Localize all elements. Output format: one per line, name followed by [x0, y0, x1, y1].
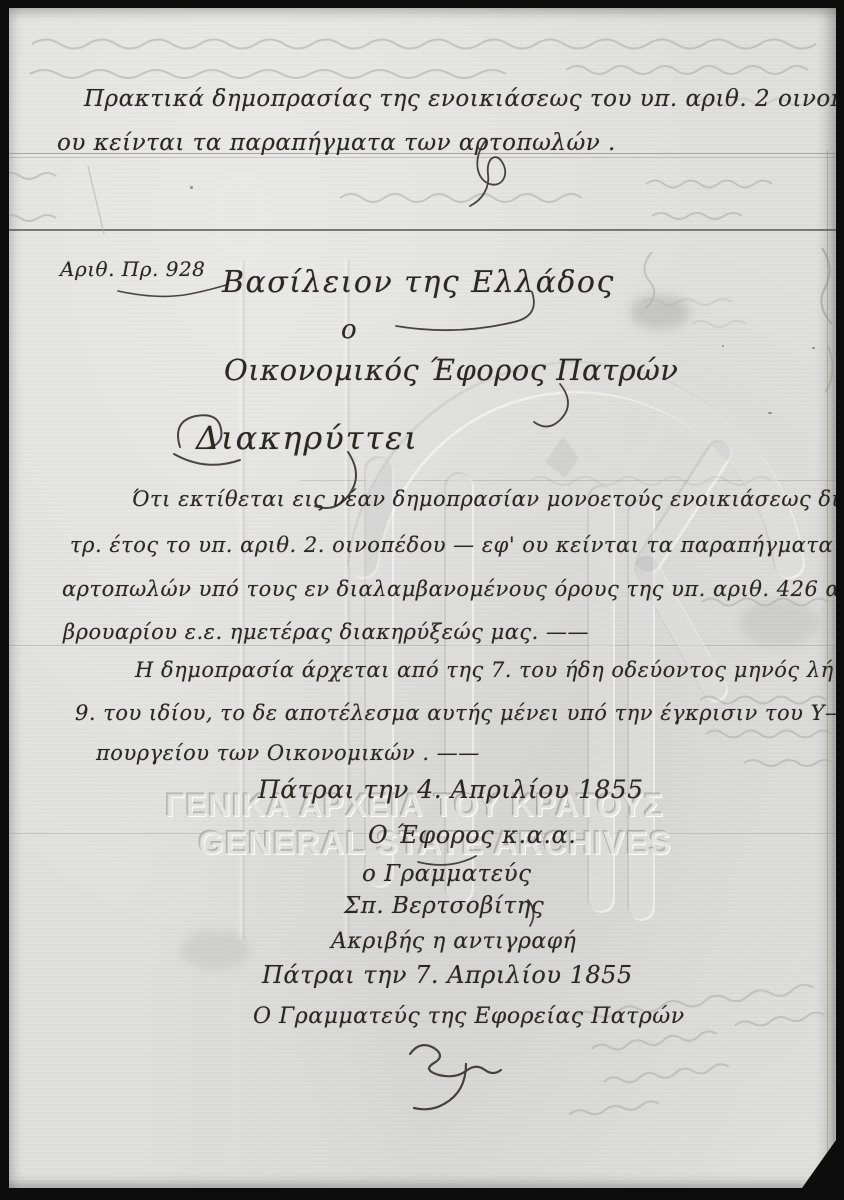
- protocol-underline-flourish: [118, 285, 226, 296]
- secretary-signature-tail: [414, 1064, 466, 1109]
- heading-descender-flourish: [470, 140, 505, 206]
- scan-border-right: [836, 0, 844, 1200]
- signature-stroke: [528, 900, 534, 926]
- secretary-signature-flourish: [410, 1045, 501, 1076]
- proclamation-initial-flourish: [174, 415, 240, 465]
- office-tail-flourish: [534, 384, 568, 427]
- signer-underline-flourish: [418, 856, 476, 865]
- scanned-document-page: ΓΕΝΙΚΑ ΑΡΧΕΙΑ ΤΟΥ ΚΡΑΤΟΥΣ GENERAL STATE …: [0, 0, 844, 1200]
- ink-flourishes: [0, 0, 844, 1200]
- kingdom-tail-flourish: [396, 292, 534, 330]
- scan-border-top: [0, 0, 844, 8]
- scan-border-bottom: [0, 1188, 844, 1200]
- paper-sheet: ΓΕΝΙΚΑ ΑΡΧΕΙΑ ΤΟΥ ΚΡΑΤΟΥΣ GENERAL STATE …: [9, 8, 836, 1188]
- scan-border-left: [0, 0, 9, 1200]
- paper-content: ΓΕΝΙΚΑ ΑΡΧΕΙΑ ΤΟΥ ΚΡΑΤΟΥΣ GENERAL STATE …: [0, 0, 844, 1200]
- proclamation-tail-flourish: [315, 452, 356, 508]
